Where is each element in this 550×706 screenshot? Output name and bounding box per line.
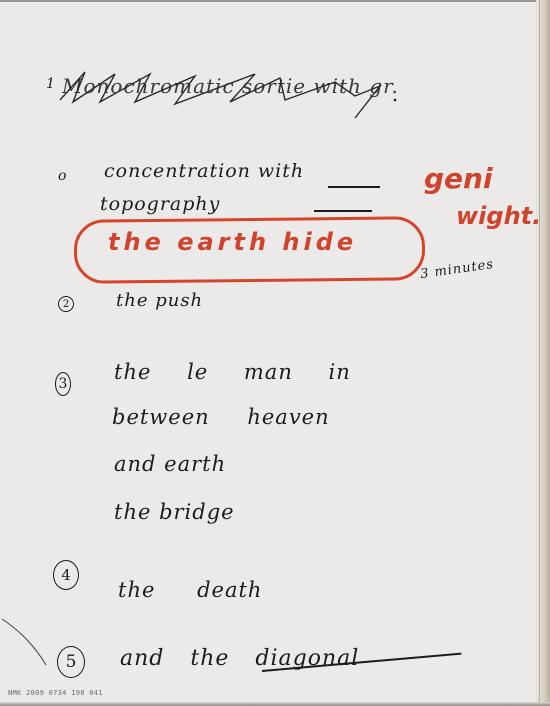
item-line: concentration with [104,160,304,182]
page-binding-edge [536,0,550,706]
item-line: the bridge [114,500,235,524]
circle-marker-2: 2 [58,296,74,312]
archive-label: NMK 2009 0734 198 041 [8,689,103,697]
item-line: the push [116,290,203,311]
item-line: the death [118,578,262,602]
margin-note-red: geni [424,162,493,195]
dash-line [314,210,372,212]
pen-stroke [0,615,60,675]
notebook-page: 1 Monochromatic sortie with gr. o concen… [0,0,550,706]
page-bottom-edge [0,702,550,706]
underline-with [328,186,380,188]
page-top-edge [0,0,550,2]
cross-out-scribble [55,60,400,120]
item-line: the le man in [114,360,351,384]
circle-marker-3: 3 [55,372,71,396]
circle-marker-4: 4 [53,560,79,590]
margin-note-black: 3 minutes [419,257,495,282]
item-line: between heaven [112,405,330,429]
item-marker-o: o [58,168,67,184]
item-line: and the diagonal [120,646,359,671]
circle-marker-5: 5 [57,646,85,678]
red-circled-text: the earth hide [108,228,357,256]
item-line: topography [100,193,220,215]
item-line: and earth [114,452,226,476]
margin-note-red: wight. [456,202,541,230]
